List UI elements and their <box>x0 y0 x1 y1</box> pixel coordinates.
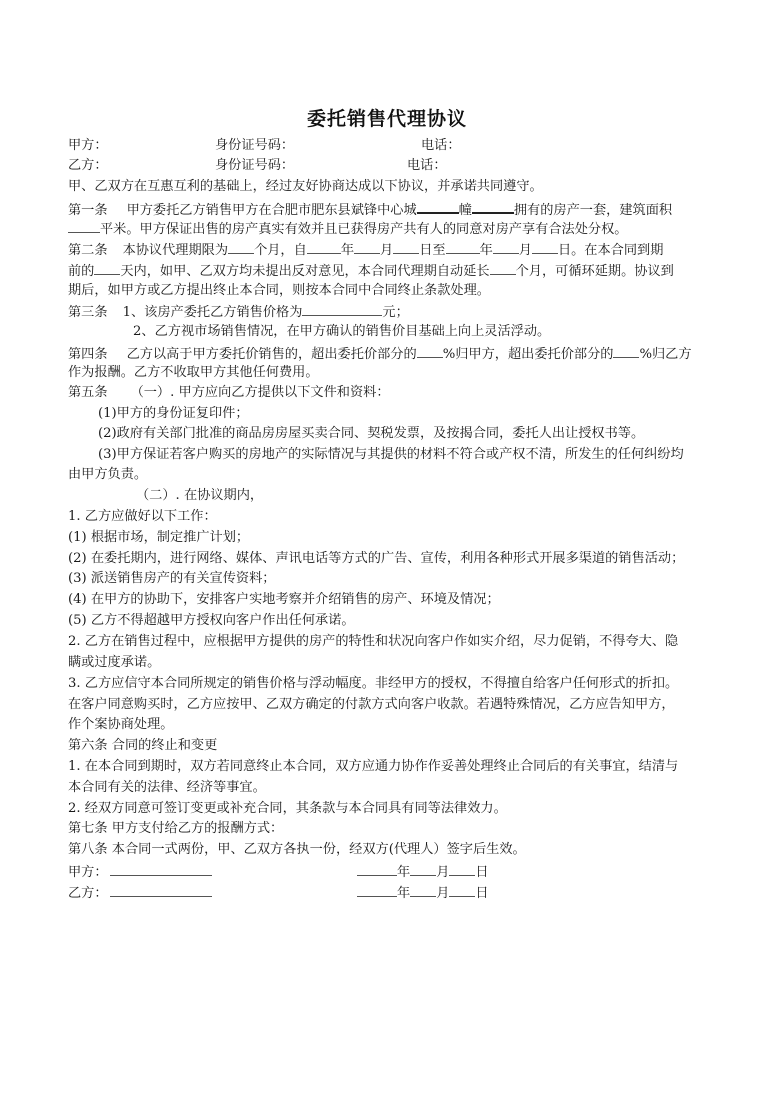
clause-2-line-2: 瞒或过度承诺。 <box>68 653 160 673</box>
doc-item-2: (2)政府有关部门批准的商品房房屋买卖合同、契税发票，及按揭合同，委托人出让授权… <box>98 424 644 444</box>
party-b-share-blank <box>613 343 639 358</box>
signature-row-party-a: 甲方： 年月日 <box>68 861 212 881</box>
month-blank <box>410 882 436 897</box>
duty-item-4: (4) 在甲方的协助下，安排客户实地考察并介绍销售的房产、环境及情况； <box>68 590 500 610</box>
year-blank <box>357 882 397 897</box>
day-label: 日 <box>475 886 488 901</box>
party-b-label: 乙方： <box>68 156 108 176</box>
article-2-text: 日。在本合同到期 <box>558 243 664 258</box>
duty-item-2: (2) 在委托期内，进行网络、媒体、声讯电话等方式的广告、宣传，利用各种形式开展… <box>68 549 684 569</box>
article-2-text: 年 <box>480 243 493 258</box>
duty-item-5: (5) 乙方不得超越甲方授权向客户作出任何承诺。 <box>68 611 355 631</box>
clause-3-line-1: 3. 乙方应信守本合同所规定的销售价格与浮动幅度。非经甲方的授权，不得擅自给客户… <box>68 674 678 694</box>
article-6-clause-2: 2. 经双方同意可签订变更或补充合同，其条款与本合同具有同等法律效力。 <box>68 799 507 819</box>
year-label: 年 <box>397 886 410 901</box>
party-a-signature-label: 甲方： <box>68 865 108 880</box>
document-title: 委托销售代理协议 <box>0 104 774 131</box>
article-1-text: 甲方委托乙方销售甲方在合肥市肥东县斌锋中心城 <box>127 203 417 218</box>
article-2-text: 本协议代理期限为 <box>123 243 229 258</box>
article-3-item-1: 1、该房产委托乙方销售价格为 <box>123 305 303 320</box>
article-4-line-2: 作为报酬。乙方不收取甲方其他任何费用。 <box>68 363 319 383</box>
clause-3-line-3: 作个案协商处理。 <box>68 715 174 735</box>
month-label: 月 <box>436 865 449 880</box>
end-year-blank <box>446 239 480 254</box>
article-1-line-2: 平米。甲方保证出售的房产真实有效并且已获得房产共有人的同意对房产享有合法处分权。 <box>68 218 628 238</box>
article-2-label: 第二条 <box>68 243 108 258</box>
party-a-id-label: 身份证号码： <box>215 136 294 156</box>
article-2-line-2: 前的天内，如甲、乙双方均未提出反对意见，本合同代理期自动延长个月，可循环延期。协… <box>68 260 674 280</box>
article-3-item-1-unit: 元； <box>382 305 408 320</box>
party-b-phone-label: 电话： <box>407 156 447 176</box>
year-blank <box>357 861 397 876</box>
start-day-blank <box>393 239 419 254</box>
term-months-blank <box>228 239 254 254</box>
preamble: 甲、乙双方在互惠互利的基础上，经过友好协商达成以下协议，并承诺共同遵守。 <box>68 177 543 197</box>
article-2-text: 天内，如甲、乙双方均未提出反对意见，本合同代理期自动延长 <box>120 264 489 279</box>
article-4-label: 第四条 <box>68 347 108 362</box>
article-1-building-unit: 幢 <box>459 203 472 218</box>
article-4-text: %归乙方 <box>639 347 691 362</box>
party-a-label: 甲方： <box>68 136 108 156</box>
article-1-line-1: 第一条甲方委托乙方销售甲方在合肥市肥东县斌锋中心城幢拥有的房产一套，建筑面积 <box>68 198 672 218</box>
party-b-date: 年月日 <box>357 882 489 904</box>
article-1-text-3: 平米。甲方保证出售的房产真实有效并且已获得房产共有人的同意对房产享有合法处分权。 <box>100 222 628 237</box>
article-5-part-1: （一）. 甲方应向乙方提供以下文件和资料： <box>131 385 390 400</box>
article-2-line-1: 第二条本协议代理期限为个月，自年月日至年月日。在本合同到期 <box>68 239 663 259</box>
article-2-text: 日至 <box>419 243 445 258</box>
doc-item-1: (1)甲方的身份证复印件； <box>98 404 249 424</box>
month-blank <box>410 861 436 876</box>
article-3-label: 第三条 <box>68 305 108 320</box>
article-6-heading: 第六条 合同的终止和变更 <box>68 736 217 756</box>
party-b-signature-label: 乙方： <box>68 886 108 901</box>
building-number-blank <box>417 198 459 214</box>
day-label: 日 <box>475 865 488 880</box>
signature-row-party-b: 乙方： 年月日 <box>68 882 212 902</box>
day-blank <box>449 861 475 876</box>
duty-item-1: (1) 根据市场，制定推广计划； <box>68 528 249 548</box>
party-a-date: 年月日 <box>357 861 489 883</box>
duty-heading: 1. 乙方应做好以下工作： <box>68 507 217 527</box>
article-1-label: 第一条 <box>68 203 108 218</box>
article-5-part-2: （二）. 在协议期内， <box>136 486 263 506</box>
day-blank <box>449 882 475 897</box>
article-7: 第七条 甲方支付给乙方的报酬方式： <box>68 819 283 839</box>
article-2-text: 年 <box>341 243 354 258</box>
article-5-line-1: 第五条（一）. 甲方应向乙方提供以下文件和资料： <box>68 383 390 403</box>
article-2-text: 前的 <box>68 264 94 279</box>
article-2-text: 个月，自 <box>254 243 307 258</box>
party-b-id-label: 身份证号码： <box>215 156 294 176</box>
party-a-share-blank <box>417 343 443 358</box>
party-a-phone-label: 电话： <box>421 136 461 156</box>
article-5-label: 第五条 <box>68 385 108 400</box>
start-month-blank <box>354 239 380 254</box>
doc-item-3-cont: 由甲方负责。 <box>68 465 147 485</box>
end-day-blank <box>532 239 558 254</box>
article-8: 第八条 本合同一式两份，甲、乙双方各执一份，经双方(代理人）签字后生效。 <box>68 840 526 860</box>
unit-number-blank <box>472 198 514 214</box>
party-a-signature-blank <box>110 861 212 876</box>
year-label: 年 <box>397 865 410 880</box>
article-2-text: 月 <box>519 243 532 258</box>
clause-3-line-2: 在客户同意购买时，乙方应按甲、乙双方确定的付款方式向客户收款。若遇特殊情况，乙方… <box>68 695 675 715</box>
article-2-text: 月 <box>380 243 393 258</box>
month-label: 月 <box>436 886 449 901</box>
article-2-text: 个月，可循环延期。协议到 <box>516 264 674 279</box>
end-month-blank <box>493 239 519 254</box>
article-4-text: 乙方以高于甲方委托价销售的，超出委托价部分的 <box>127 347 417 362</box>
clause-2-line-1: 2. 乙方在销售过程中，应根据甲方提供的房产的特性和状况向客户作如实介绍，尽力促… <box>68 632 678 652</box>
article-4-line-1: 第四条乙方以高于甲方委托价销售的，超出委托价部分的%归甲方，超出委托价部分的%归… <box>68 343 692 363</box>
doc-item-3: (3)甲方保证若客户购买的房地产的实际情况与其提供的材料不符合或产权不清，所发生… <box>98 445 684 465</box>
article-3-item-2: 2、乙方视市场销售情况，在甲方确认的销售价目基础上向上灵活浮动。 <box>133 322 550 342</box>
area-blank <box>68 218 100 233</box>
article-6-clause-1-line-1: 1. 在本合同到期时，双方若同意终止本合同，双方应通力协作作妥善处理终止合同后的… <box>68 757 678 777</box>
extension-months-blank <box>490 260 516 275</box>
article-1-text-2: 拥有的房产一套，建筑面积 <box>514 203 672 218</box>
article-3-line-1: 第三条1、该房产委托乙方销售价格为元； <box>68 301 409 321</box>
article-6-clause-1-line-2: 本合同有关的法律、经济等事宜。 <box>68 778 266 798</box>
duty-item-3: (3) 派送销售房产的有关宣传资料； <box>68 569 276 589</box>
document-page: 委托销售代理协议 甲方： 身份证号码： 电话： 乙方： 身份证号码： 电话： 甲… <box>0 0 774 1095</box>
price-blank <box>302 301 382 316</box>
notice-days-blank <box>94 260 120 275</box>
party-b-signature-blank <box>110 882 212 897</box>
start-year-blank <box>307 239 341 254</box>
article-2-line-3: 期后，如甲方或乙方提出终止本合同，则按本合同中合同终止条款处理。 <box>68 281 490 301</box>
article-4-text: %归甲方，超出委托价部分的 <box>443 347 614 362</box>
